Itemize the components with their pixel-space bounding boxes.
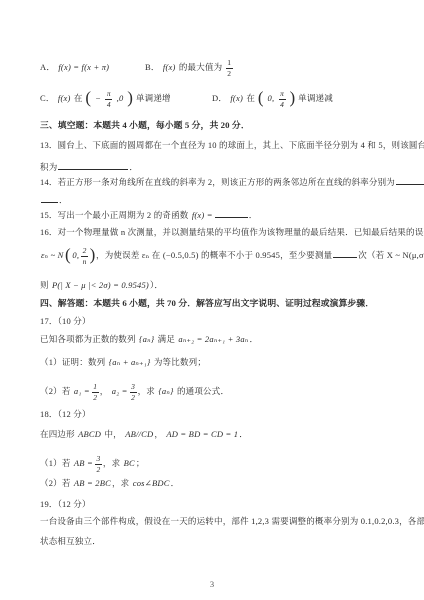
- right-paren: ): [289, 88, 295, 107]
- question-19-line2: 状态相互独立．: [40, 536, 394, 547]
- answer-blank: [58, 162, 128, 170]
- question-16-line3-pre: 则: [40, 280, 49, 290]
- question-16-probability-formula: P(| X − μ |< 2σ) = 0.9545): [52, 280, 149, 290]
- option-d-before-frac: 0,: [268, 93, 275, 103]
- cos-angle-formula: cos∠BDC: [133, 478, 170, 488]
- question-17-intro: 已知各项都为正数的数列 {aₙ} 满足 aₙ₊₂ = 2aₙ₊₁ + 3aₙ．: [40, 334, 394, 345]
- ab-formula: AB =: [74, 458, 93, 468]
- question-18-part2-text: ，求: [112, 478, 129, 488]
- answer-blank: [396, 177, 424, 185]
- question-18-part2: （2）若 AB = 2BC，求 cos∠BDC．: [40, 478, 394, 489]
- question-17-part2: （2）若 a₁ =12， a₂ =32，求 {aₙ} 的通项公式．: [40, 379, 394, 403]
- option-d: D． f(x) 在 ( 0, π4 ) 单调递减: [212, 86, 333, 111]
- question-15-text: 15．写出一个最小正周期为 2 的奇函数: [40, 210, 189, 220]
- part-label: （2）若: [40, 478, 71, 488]
- period: ．: [171, 478, 180, 488]
- question-13-line1: 13．圆台上、下底面的圆周都在一个直径为 10 的球面上，其上、下底面半径分别为…: [40, 140, 394, 151]
- part-label: （1）若: [40, 458, 71, 468]
- ab-fraction: 32: [95, 455, 102, 473]
- question-16-inner: 0,: [72, 250, 79, 260]
- question-14-text: 14．若正方形一条对角线所在直线的斜率为 2，则该正方形的两条邻边所在直线的斜率…: [40, 177, 395, 187]
- option-c-fraction: π4: [105, 90, 112, 108]
- period: ．: [239, 429, 248, 439]
- a2-fraction: 32: [130, 383, 137, 401]
- recurrence-formula: aₙ₊₂ = 2aₙ₊₁ + 3aₙ: [178, 334, 248, 344]
- option-c-after-frac: ,0: [117, 93, 124, 103]
- question-16-text-post: 次（若 X ~ N(μ,σ²)，: [358, 250, 424, 260]
- question-17-part1: （1）证明：数列 {aₙ + aₙ₊₁} 为等比数列；: [40, 357, 394, 368]
- a1-formula: a₁ =: [74, 386, 90, 396]
- comma: ，: [100, 386, 109, 396]
- question-13-line2-text: 积为: [40, 162, 57, 172]
- question-14-line1: 14．若正方形一条对角线所在直线的斜率为 2，则该正方形的两条邻边所在直线的斜率…: [40, 177, 394, 188]
- option-c-text-post: 单调递增: [136, 93, 171, 103]
- answer-blank: [333, 250, 357, 258]
- question-18-part1: （1）若 AB =32，求 BC；: [40, 451, 394, 475]
- sequence-notation: {aₙ}: [158, 386, 173, 396]
- option-b-text: 的最大值为: [179, 62, 223, 72]
- right-paren: ): [127, 88, 133, 107]
- period: ．: [249, 334, 258, 344]
- option-line-cd: C． f(x) 在 ( − π4 ,0 ) 单调递增 D． f(x) 在 ( 0…: [40, 86, 394, 111]
- option-c-text-in: 在: [74, 93, 83, 103]
- question-17-text: 已知各项都为正数的数列: [40, 334, 136, 344]
- a2-formula: a₂ =: [112, 386, 128, 396]
- option-d-text-post: 单调递减: [298, 93, 333, 103]
- question-17-text: 满足: [158, 334, 175, 344]
- question-18-part1-text: ，求: [103, 458, 120, 468]
- parallel-formula: AB//CD: [125, 429, 153, 439]
- option-line-ab: A． f(x) = f(x + π) B． f(x) 的最大值为 12: [40, 55, 394, 79]
- right-paren: ): [90, 245, 96, 264]
- a1-fraction: 12: [92, 383, 99, 401]
- period: ）．: [150, 280, 163, 290]
- question-16-fraction: 2n: [81, 247, 88, 265]
- question-18-header: 18．（12 分）: [40, 409, 394, 420]
- question-14-line2: ．: [40, 195, 394, 206]
- left-paren: (: [258, 88, 264, 107]
- period: ．: [129, 162, 138, 172]
- minus-sign: −: [95, 93, 101, 103]
- question-16-epsilon-formula: εₙ ~ N: [41, 250, 64, 260]
- sequence-notation: {aₙ + aₙ₊₁}: [109, 357, 151, 367]
- period: ．: [249, 210, 258, 220]
- question-16-line3: 则 P(| X − μ |< 2σ) = 0.9545)）．: [40, 280, 394, 291]
- question-19-header: 19．（12 分）: [40, 499, 394, 510]
- question-18-text: 在四边形: [40, 429, 75, 439]
- question-17-part2-text: ，求: [138, 386, 155, 396]
- option-c-label: C．: [40, 93, 55, 103]
- option-c-formula: f(x): [58, 93, 71, 103]
- option-a-label: A．: [40, 62, 55, 72]
- question-17-header: 17．（10 分）: [40, 316, 394, 327]
- part-label: （1）证明：数列: [40, 357, 105, 367]
- option-d-label: D．: [212, 93, 227, 103]
- exam-page: A． f(x) = f(x + π) B． f(x) 的最大值为 12 C． f…: [0, 0, 424, 600]
- option-d-fraction: π4: [279, 90, 286, 108]
- equal-sides-formula: AD = BD = CD = 1: [166, 429, 238, 439]
- option-b: B． f(x) 的最大值为 12: [145, 55, 234, 79]
- question-15-formula: f(x) =: [192, 210, 213, 220]
- question-13-line2: 积为．: [40, 162, 394, 173]
- option-d-formula: f(x): [230, 93, 243, 103]
- sequence-notation: {aₙ}: [139, 334, 154, 344]
- answer-blank: [215, 210, 248, 218]
- quadrilateral-name: ABCD: [78, 429, 101, 439]
- question-17-part1-text: 为等比数列；: [154, 357, 206, 367]
- question-16-text: ，为使误差 εₙ 在 (−0.5,0.5) 的概率不小于 0.9545，至少要测…: [96, 250, 332, 260]
- section-3-heading: 三、填空题：本题共 4 小题，每小题 5 分，共 20 分．: [40, 120, 394, 131]
- comma: ，: [154, 429, 163, 439]
- question-16-line2: εₙ ~ N(0,2n)，为使误差 εₙ 在 (−0.5,0.5) 的概率不小于…: [40, 243, 394, 268]
- page-number: 3: [0, 579, 424, 589]
- question-16-line1: 16．对一个物理量做 n 次测量，并以测量结果的平均值作为该物理量的最后结果．已…: [40, 227, 394, 238]
- question-18-text: 中，: [104, 429, 121, 439]
- question-15-line: 15．写出一个最小正周期为 2 的奇函数 f(x) =．: [40, 210, 394, 221]
- option-b-formula: f(x): [163, 62, 176, 72]
- option-b-label: B．: [145, 62, 160, 72]
- ab-2bc-formula: AB = 2BC: [74, 478, 111, 488]
- question-17-part2-post: 的通项公式．: [177, 386, 229, 396]
- option-b-fraction: 12: [226, 59, 233, 77]
- option-a-formula: f(x) = f(x + π): [58, 62, 109, 72]
- period: ．: [59, 195, 68, 205]
- question-19-line1: 一台设备由三个部件构成，假设在一天的运转中，部件 1,2,3 需要调整的概率分别…: [40, 516, 394, 527]
- left-paren: (: [65, 245, 71, 264]
- section-4-heading: 四、解答题：本题共 6 小题，共 70 分．解答应写出文字说明、证明过程或演算步…: [40, 298, 394, 309]
- question-18-intro: 在四边形 ABCD 中， AB//CD， AD = BD = CD = 1．: [40, 429, 394, 440]
- answer-blank: [41, 195, 58, 203]
- option-d-text-in: 在: [246, 93, 255, 103]
- semicolon: ；: [136, 458, 145, 468]
- left-paren: (: [85, 88, 91, 107]
- part-label: （2）若: [40, 386, 71, 396]
- bc-symbol: BC: [124, 458, 135, 468]
